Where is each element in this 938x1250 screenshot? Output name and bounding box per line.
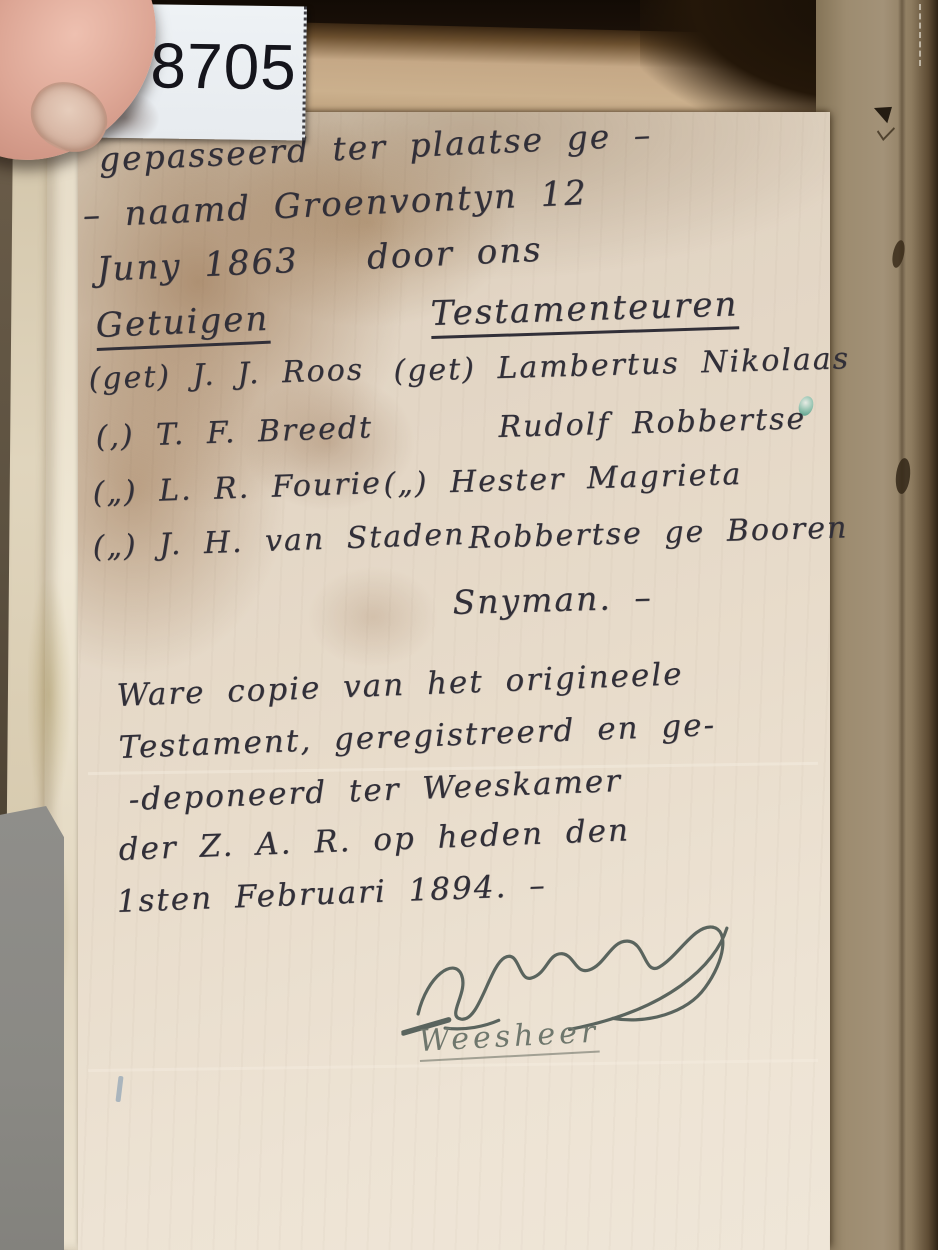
- archival-photo: gepasseerd ter plaatse ge – – naamd Groe…: [0, 0, 938, 1250]
- column-header-witnesses: Getuigen: [95, 299, 270, 351]
- desk-surface: [0, 806, 64, 1250]
- testator-name: Snyman. –: [452, 577, 653, 622]
- book-right-page-edges: [816, 0, 938, 1250]
- page-edge-crease: [898, 0, 906, 1250]
- perforation-dots: [919, 4, 921, 66]
- column-header-testators: Testamenteuren: [430, 284, 739, 339]
- printed-arrow-mark: [872, 103, 895, 137]
